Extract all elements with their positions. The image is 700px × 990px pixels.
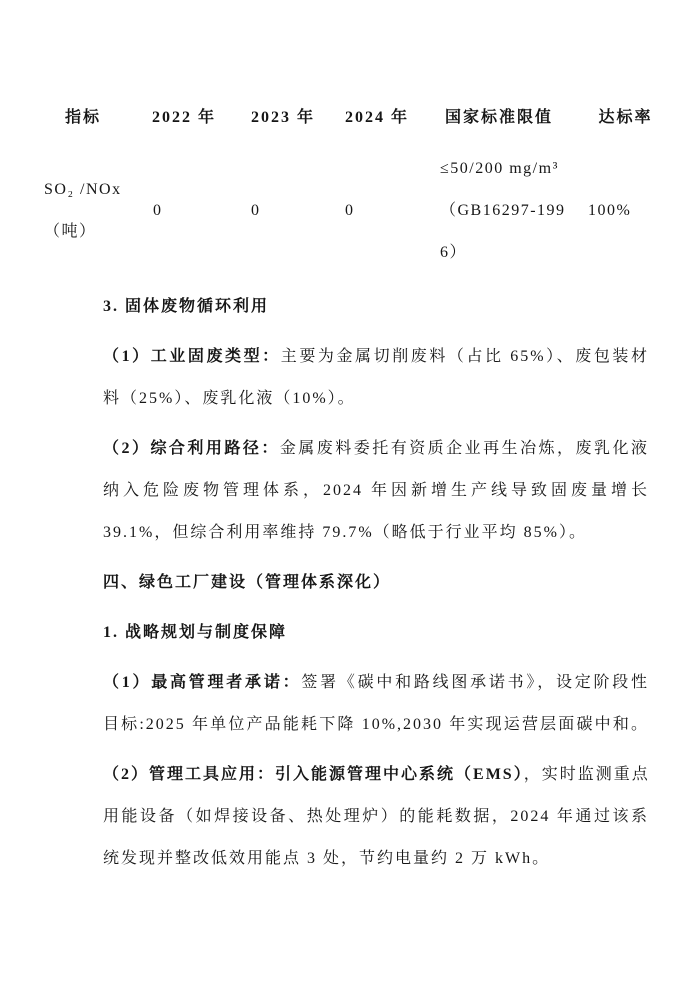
para1-line2: 料（25%）、废乳化液（10%）。	[103, 378, 649, 420]
col-header-national-limit: 国家标准限值	[433, 104, 583, 127]
limit-line-1: ≤50/200 mg/m³	[440, 148, 583, 190]
cell-indicator: SO₂ /NOx （吨）	[40, 169, 150, 253]
emissions-table: 指标 2022 年 2023 年 2024 年 国家标准限值 达标率 SO₂ /…	[40, 94, 668, 286]
para4-ems-bold: 引入能源管理中心系统（EMS）	[275, 766, 524, 783]
para4-line2: 用能设备（如焊接设备、热处理炉）的能耗数据，2024 年通过该系	[103, 796, 649, 838]
document-body: 3. 固体废物循环利用 （1）工业固废类型：主要为金属切削废料（占比 65%）、…	[103, 286, 649, 880]
col-header-indicator: 指标	[40, 104, 150, 127]
col-header-2022: 2022 年	[150, 104, 245, 127]
para2-text: 金属废料委托有资质企业再生冶炼，废乳化液	[280, 440, 649, 457]
para2-label: （2）综合利用路径：	[103, 440, 280, 457]
para3-label: （1）最高管理者承诺：	[103, 674, 301, 691]
para2-line2: 纳入危险废物管理体系，2024 年因新增生产线导致固废量增长	[103, 470, 649, 512]
document-page: 指标 2022 年 2023 年 2024 年 国家标准限值 达标率 SO₂ /…	[0, 0, 700, 990]
heading-green-factory: 四、绿色工厂建设（管理体系深化）	[103, 562, 649, 604]
col-header-compliance-rate: 达标率	[583, 104, 668, 127]
heading-solid-waste-recycling: 3. 固体废物循环利用	[103, 286, 649, 328]
table-header-row: 指标 2022 年 2023 年 2024 年 国家标准限值 达标率	[40, 94, 668, 136]
para2-line3: 39.1%，但综合利用率维持 79.7%（略低于行业平均 85%）。	[103, 512, 649, 554]
indicator-name: SO₂ /NOx	[44, 169, 150, 211]
para4-label: （2）管理工具应用：	[103, 766, 275, 783]
heading-strategy-planning: 1. 战略规划与制度保障	[103, 612, 649, 654]
para-management-tools: （2）管理工具应用：引入能源管理中心系统（EMS），实时监测重点 用能设备（如焊…	[103, 754, 649, 880]
limit-line-2: （GB16297-199	[440, 190, 583, 232]
cell-2024-value: 0	[339, 202, 433, 220]
table-row-so2-nox: SO₂ /NOx （吨） 0 0 0 ≤50/200 mg/m³ （GB1629…	[40, 136, 668, 286]
indicator-unit: （吨）	[44, 211, 150, 253]
para-top-management-commitment: （1）最高管理者承诺：签署《碳中和路线图承诺书》，设定阶段性 目标:2025 年…	[103, 662, 649, 746]
limit-line-3: 6）	[440, 232, 583, 274]
para4-text: ，实时监测重点	[524, 766, 650, 783]
para4-line3: 统发现并整改低效用能点 3 处，节约电量约 2 万 kWh。	[103, 838, 649, 880]
cell-national-limit: ≤50/200 mg/m³ （GB16297-199 6）	[433, 148, 583, 274]
para-industrial-solid-waste: （1）工业固废类型：主要为金属切削废料（占比 65%）、废包装材 料（25%）、…	[103, 336, 649, 420]
para3-text: 签署《碳中和路线图承诺书》，设定阶段性	[301, 674, 649, 691]
para4-line1: （2）管理工具应用：引入能源管理中心系统（EMS），实时监测重点	[103, 754, 649, 796]
para3-line1: （1）最高管理者承诺：签署《碳中和路线图承诺书》，设定阶段性	[103, 662, 649, 704]
para3-line2: 目标:2025 年单位产品能耗下降 10%,2030 年实现运营层面碳中和。	[103, 704, 649, 746]
col-header-2023: 2023 年	[245, 104, 339, 127]
cell-2023-value: 0	[245, 202, 339, 220]
para-comprehensive-utilization: （2）综合利用路径：金属废料委托有资质企业再生冶炼，废乳化液 纳入危险废物管理体…	[103, 428, 649, 554]
para1-line1: （1）工业固废类型：主要为金属切削废料（占比 65%）、废包装材	[103, 336, 649, 378]
para2-line1: （2）综合利用路径：金属废料委托有资质企业再生冶炼，废乳化液	[103, 428, 649, 470]
cell-compliance-rate: 100%	[583, 202, 668, 220]
col-header-2024: 2024 年	[339, 104, 433, 127]
cell-2022-value: 0	[150, 202, 245, 220]
para1-label: （1）工业固废类型：	[103, 348, 281, 365]
para1-text: 主要为金属切削废料（占比 65%）、废包装材	[281, 348, 649, 365]
